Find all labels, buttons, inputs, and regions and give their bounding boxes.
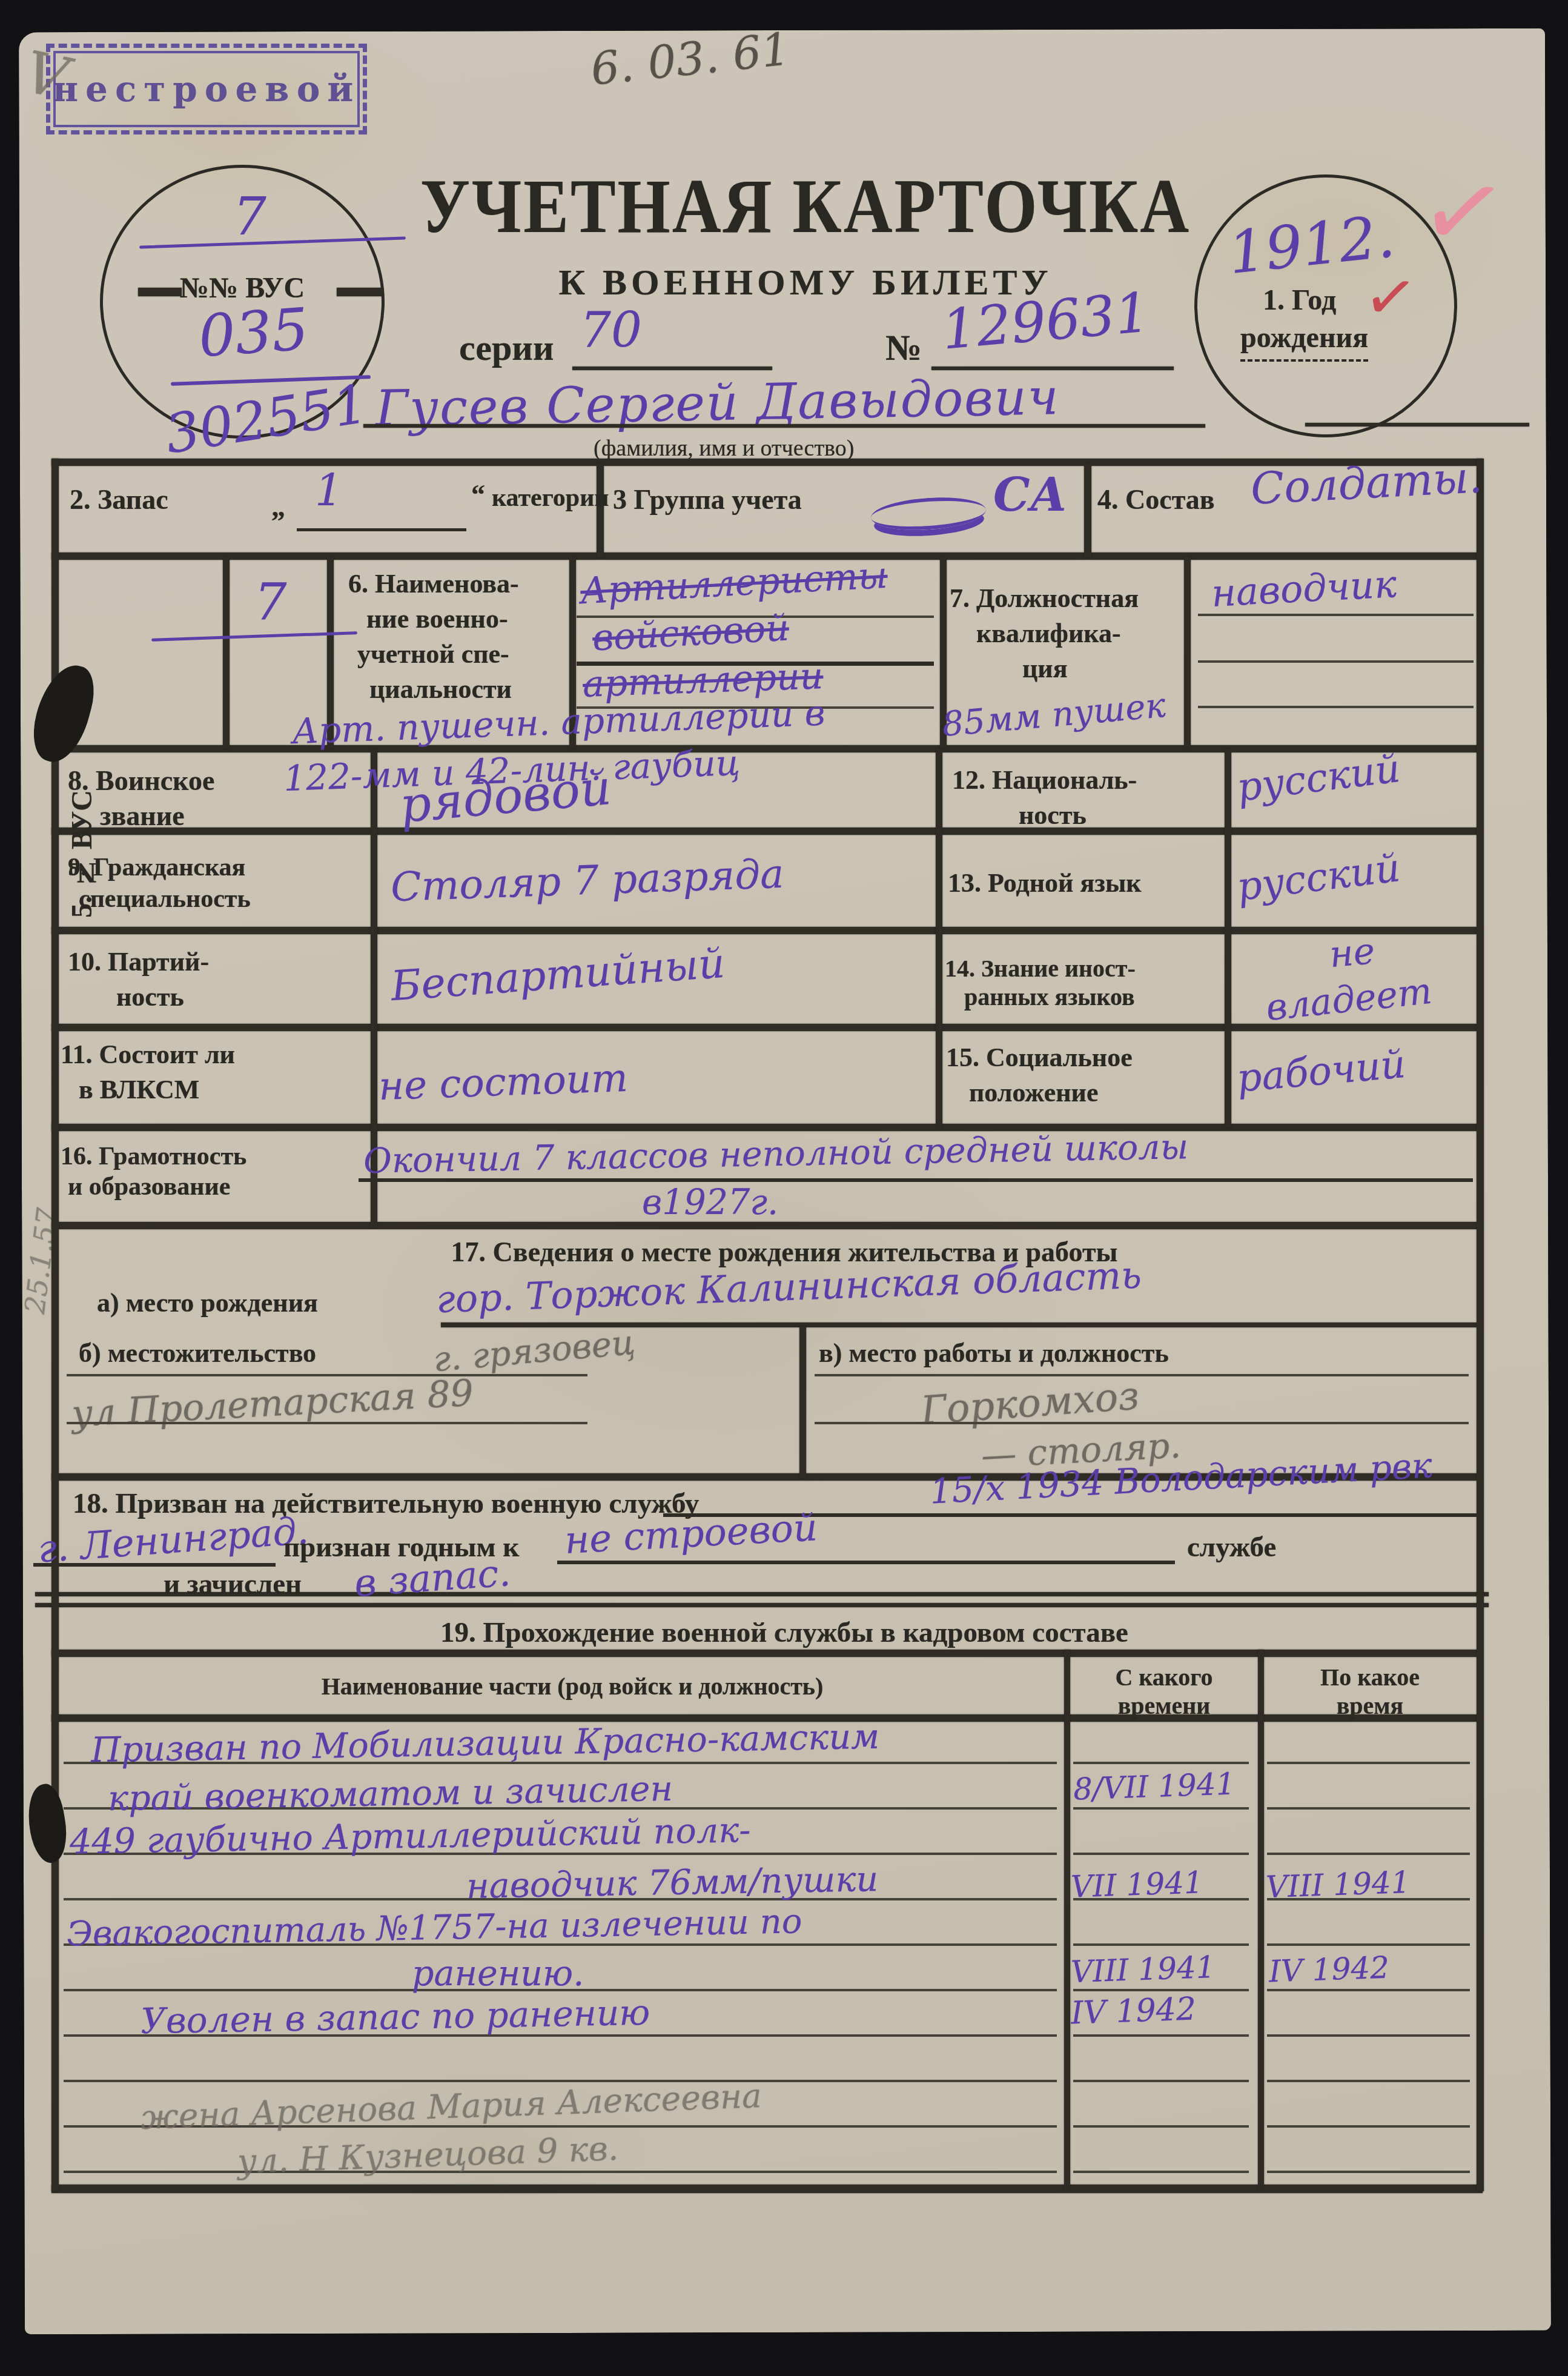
section-17-title: 17. Сведения о месте рождения жительства… [254, 1236, 1314, 1268]
table-row-date-from: VIII 1941 [1070, 1950, 1216, 1989]
rule [297, 528, 466, 531]
rule [33, 1563, 276, 1567]
field-14-label: 14. Знание иност- [945, 954, 1136, 983]
birth-label-2: рождения [1240, 321, 1368, 362]
rule [359, 1178, 1473, 1182]
table-rules [1267, 1719, 1470, 2179]
table-col2-header: С какого [1070, 1663, 1258, 1691]
table-row-date-from: IV 1942 [1070, 1991, 1197, 2031]
field-18-label: службе [1187, 1531, 1276, 1564]
rule [1198, 706, 1474, 708]
field-17a-label: а) место рождения [97, 1287, 318, 1318]
red-check-icon: ✓ [1359, 257, 1422, 337]
vus-label: №№ ВУС [133, 271, 351, 305]
field-10-label: 10. Партий- [68, 946, 209, 977]
vus-value: 035 [196, 296, 311, 370]
field-17c-label: в) место работы и должность [819, 1338, 1169, 1369]
field-11-label: в ВЛКСМ [79, 1074, 199, 1105]
rule [557, 1561, 1175, 1564]
frame-line [223, 557, 230, 749]
field-2-value: 1 [315, 465, 343, 516]
table-col3-header: По какое [1264, 1663, 1476, 1691]
field-2-label: 2. Запас [70, 483, 168, 516]
field-2-suffix: категории [492, 483, 609, 513]
section-19-title: 19. Прохождение военной службы в кадрово… [254, 1616, 1314, 1649]
table-row-entry: наводчик 76мм/пушки [466, 1859, 878, 1906]
field-9-label: специальность [79, 884, 251, 914]
frame-line [51, 828, 1483, 835]
field-12-label: 12. Националь- [952, 765, 1137, 795]
field-7-label: 7. Должностная [950, 583, 1139, 614]
table-row-date-to: IV 1942 [1268, 1950, 1390, 1989]
field-6-label: ние военно- [366, 603, 508, 634]
field-18-label: и зачислен [164, 1568, 302, 1601]
nestroevoy-stamp: нестроевой [53, 51, 360, 127]
frame-line [51, 1124, 1483, 1131]
frame-line [35, 1603, 1489, 1607]
rule [1305, 423, 1529, 426]
field-12-label: ность [1019, 800, 1087, 831]
quote-close: “ [471, 479, 485, 511]
table-col3-header: время [1264, 1691, 1476, 1720]
table-row-entry: ранению. [412, 1954, 584, 1994]
frame-line [1258, 1650, 1264, 2189]
rule [1198, 614, 1474, 616]
field-13-label: 13. Родной язык [948, 868, 1142, 898]
table-row-date-from: VII 1941 [1070, 1865, 1204, 1905]
frame-line [799, 1327, 806, 1478]
full-name-caption: (фамилия, имя и отчество) [594, 435, 854, 462]
field-3-value: СА [993, 468, 1067, 522]
field-5-value: 7 [254, 572, 286, 632]
vus-top-value: 7 [233, 187, 266, 247]
rule [1198, 660, 1474, 663]
frame-line [51, 927, 1483, 934]
table-row-date-to: VIII 1941 [1265, 1865, 1411, 1905]
field-15-label: 15. Социальное [946, 1042, 1133, 1073]
frame-line [51, 745, 1483, 752]
field-6-label: циальности [369, 674, 512, 705]
table-col1-header: Наименование части (род войск и должност… [230, 1672, 915, 1701]
frame-line [51, 1222, 1483, 1229]
field-8-label: 8. Воинское [68, 765, 214, 797]
frame-line [1184, 557, 1191, 749]
field-14-label: ранных языков [964, 983, 1135, 1011]
birth-label-1: 1. Год [1263, 284, 1336, 317]
field-7-label: квалифика- [976, 618, 1121, 649]
field-15-label: положение [969, 1077, 1098, 1108]
field-17b-label: б) местожительство [79, 1338, 316, 1369]
frame-line [1064, 1650, 1070, 2189]
rule [572, 367, 772, 370]
frame-line [1084, 463, 1091, 557]
field-16-label: 16. Грамотность [61, 1142, 246, 1171]
field-11-value: не состоит [378, 1056, 629, 1109]
frame-line [1225, 749, 1231, 1127]
number-label: № [885, 327, 922, 369]
frame-line [51, 2185, 1483, 2193]
table-col2-header: времени [1070, 1691, 1258, 1720]
frame-line [936, 749, 942, 1127]
field-9-label: 9. Гражданская [68, 853, 245, 882]
field-11-label: 11. Состоит ли [61, 1039, 235, 1070]
table-row-date-from: 8/VII 1941 [1073, 1766, 1236, 1807]
field-10-label: ность [116, 981, 184, 1012]
rule [67, 1374, 587, 1376]
field-16-value: в1927г. [642, 1183, 778, 1223]
card-title: УЧЕТНАЯ КАРТОЧКА [400, 162, 1211, 251]
field-4-label: 4. Состав [1097, 483, 1215, 516]
stamp-text: нестроевой [53, 68, 361, 110]
frame-line [51, 553, 1483, 560]
field-8-label: звание [100, 800, 185, 832]
field-6-label: учетной спе- [357, 639, 509, 669]
field-3-label: 3 Группа учета [613, 483, 802, 516]
field-7-label: ция [1022, 653, 1068, 684]
registration-card-scan: нестроевой V 6. 03. 61 25.1.57 УЧЕТНАЯ К… [0, 0, 1568, 2376]
field-6-label: 6. Наименова- [348, 568, 519, 599]
rule [67, 1422, 587, 1424]
rule [363, 424, 1205, 428]
rule [815, 1374, 1469, 1376]
field-18-label: 18. Призван на действительную военную сл… [73, 1487, 699, 1520]
frame-line [51, 1650, 1483, 1657]
quote-open: „ [271, 491, 285, 523]
rule [815, 1422, 1469, 1424]
series-value: 70 [580, 302, 642, 358]
frame-line [1477, 459, 1484, 2191]
field-14-value: не [1328, 930, 1377, 976]
series-label: серии [459, 327, 554, 369]
field-16-label: и образование [68, 1172, 230, 1201]
